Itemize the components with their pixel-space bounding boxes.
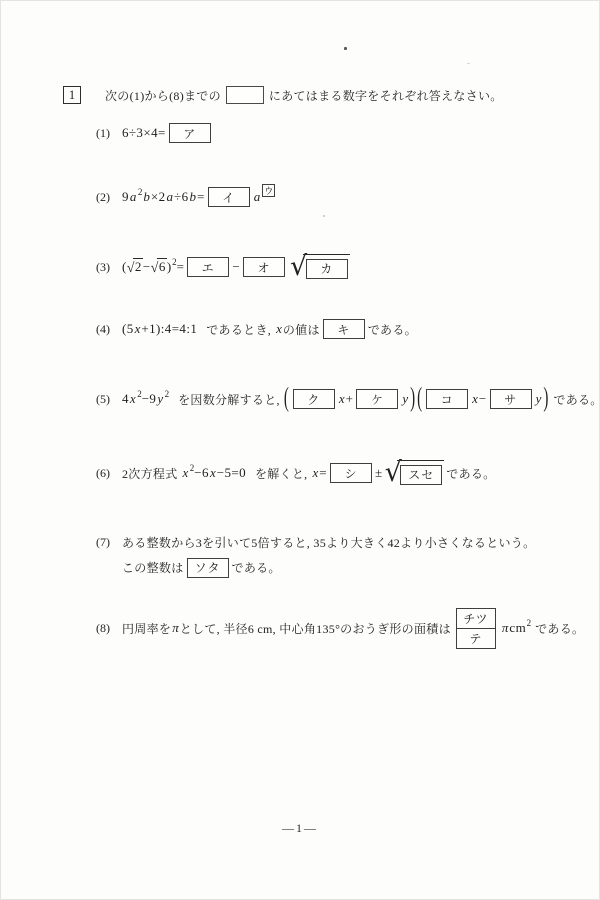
scan-speck [323, 215, 325, 217]
variable-x: x [209, 465, 217, 481]
equals-sign: = [319, 465, 327, 481]
variable-x: x [134, 321, 142, 337]
scan-speck [467, 63, 470, 64]
unit-cm: cm [509, 620, 526, 636]
problem-2: (2) 9 a 2 b ×2 a ÷6 b = イ a ウ [96, 185, 275, 209]
answer-box-a: ア [169, 123, 211, 143]
answer-box-ko: コ [426, 389, 468, 409]
problem-5-label: (5) [96, 392, 122, 407]
problem-7-line-1: (7) ある整数から3を引いて5倍すると, 35より大きく42より小さくなるとい… [96, 530, 535, 555]
closing-text: である。 [535, 620, 584, 637]
minus-sign: − [479, 391, 487, 407]
expression: +1):4=4:1 [141, 321, 197, 337]
exponent: 2 [137, 187, 142, 197]
closing-text: である。 [368, 321, 417, 338]
section-header: 1 次の(1)から(8)までの にあてはまる数字をそれぞれ答えなさい。 [63, 85, 503, 105]
fraction-answer: チツ テ [456, 608, 496, 649]
problem-1: (1) 6÷3×4= ア [96, 121, 214, 145]
pi-symbol: π [171, 620, 180, 636]
answer-box-suse: スセ [400, 465, 442, 485]
operator: ÷6 [174, 189, 188, 205]
unit-exponent: 2 [526, 618, 531, 628]
exponent: 2 [164, 389, 169, 399]
exponent: 2 [137, 389, 142, 399]
expression: −9 [142, 391, 157, 407]
answer-box-e: エ [187, 257, 229, 277]
variable-a: a [253, 189, 262, 205]
blank-answer-box [226, 86, 264, 104]
variable-x: x [129, 391, 137, 407]
page-number: —1— [1, 821, 599, 836]
variable-x: x [275, 321, 283, 337]
equals-sign: = [177, 259, 185, 275]
problem-8: (8) 円周率を π として, 半径6 cm, 中心角135°のおうぎ形の面積は… [96, 605, 584, 651]
answer-box-u-exponent: ウ [262, 184, 275, 197]
big-open-paren: ( [417, 384, 422, 415]
problem-4-label: (4) [96, 322, 122, 337]
big-open-paren: ( [284, 384, 289, 415]
instruction-after: にあてはまる数字をそれぞれ答えなさい。 [269, 87, 503, 104]
problem-1-label: (1) [96, 126, 122, 141]
radicand-box-wrap: スセ [397, 460, 444, 486]
answer-box-ke: ケ [356, 389, 398, 409]
answer-box-sa: サ [490, 389, 532, 409]
answer-box-i: イ [208, 187, 250, 207]
answer-box-o: オ [243, 257, 285, 277]
variable-y: y [535, 391, 543, 407]
coefficient: 9 [122, 189, 129, 205]
problem-5: (5) 4 x 2 −9 y 2 を因数分解すると, ( ク x + ケ y )… [96, 387, 600, 411]
statement-text: ある整数から3を引いて5倍すると, 35より大きく42より小さくなるという。 [122, 534, 535, 551]
instruction-before: 次の(1)から(8)までの [105, 87, 221, 104]
problem-7-line-2: この整数は ソタ である。 [96, 555, 535, 580]
variable-b: b [142, 189, 151, 205]
big-radical: √カ [290, 254, 350, 280]
radical-sign: √ [127, 261, 135, 277]
answer-box-ki: キ [323, 319, 365, 339]
answer-box-sota: ソタ [187, 558, 229, 578]
operator: ×2 [151, 189, 166, 205]
answer-box-chitsu-numerator: チツ [456, 608, 496, 629]
closing-text: である。 [446, 465, 495, 482]
variable-y: y [156, 391, 164, 407]
exponent: 2 [189, 463, 194, 473]
value-text: の値は [283, 321, 320, 338]
big-close-paren: ) [543, 384, 548, 415]
integer-text: この整数は [122, 559, 184, 576]
problem-3-label: (3) [96, 260, 122, 275]
sqrt-6: √6 [151, 258, 167, 276]
exponent: 2 [172, 257, 177, 267]
variable-y: y [401, 391, 409, 407]
scan-speck [344, 47, 347, 50]
answer-box-ku: ク [293, 389, 335, 409]
condition-text: であるとき, [206, 321, 271, 338]
problem-8-label: (8) [96, 621, 122, 636]
problem-6-label: (6) [96, 466, 122, 481]
variable-b: b [188, 189, 197, 205]
sector-text: として, 半径6 cm, 中心角135°のおうぎ形の面積は [180, 620, 451, 637]
expression: (5 [122, 321, 134, 337]
closing-text: である。 [553, 391, 600, 408]
variable-a: a [166, 189, 175, 205]
variable-x: x [182, 465, 190, 481]
variable-x: x [471, 391, 479, 407]
closing-text: である。 [232, 559, 281, 576]
plus-minus-sign: ± [375, 465, 383, 481]
minus-sign: − [143, 259, 151, 275]
sqrt-2: √2 [127, 258, 143, 276]
answer-box-te-denominator: テ [456, 628, 496, 649]
factor-text: を因数分解すると, [178, 391, 280, 408]
equation-type-text: 2次方程式 [122, 465, 178, 482]
problem-6: (6) 2次方程式 x 2 −6 x −5=0 を解くと, x = シ ± √ス… [96, 459, 495, 487]
solve-text: を解くと, [255, 465, 308, 482]
radicand: 6 [157, 258, 167, 275]
big-radical: √スセ [385, 460, 445, 486]
expression: −5=0 [217, 465, 246, 481]
variable-a: a [129, 189, 138, 205]
variable-x: x [338, 391, 346, 407]
answer-box-ka: カ [306, 259, 348, 279]
radicand-box-wrap: カ [303, 254, 350, 280]
minus-sign: − [232, 259, 240, 275]
variable-x: x [312, 465, 320, 481]
problem-4: (4) (5 x +1):4=4:1 であるとき, x の値は キ である。 [96, 317, 417, 341]
exam-sheet: 1 次の(1)から(8)までの にあてはまる数字をそれぞれ答えなさい。 (1) … [0, 0, 600, 900]
expression: 6÷3×4= [122, 125, 166, 141]
pi-intro-text: 円周率を [122, 620, 171, 637]
problem-7: (7) ある整数から3を引いて5倍すると, 35より大きく42より小さくなるとい… [96, 530, 535, 580]
radicand: 2 [133, 258, 143, 275]
coefficient: 4 [122, 391, 129, 407]
big-close-paren: ) [410, 384, 415, 415]
expression: −6 [194, 465, 209, 481]
problem-7-label: (7) [96, 535, 122, 550]
pi-symbol: π [501, 620, 510, 636]
radical-sign: √ [151, 261, 159, 277]
problem-2-label: (2) [96, 190, 122, 205]
answer-box-shi: シ [330, 463, 372, 483]
section-number-box: 1 [63, 86, 81, 104]
equals-sign: = [197, 189, 205, 205]
plus-sign: + [346, 391, 354, 407]
problem-3: (3) ( √2 − √6 ) 2 = エ − オ √カ [96, 253, 352, 281]
